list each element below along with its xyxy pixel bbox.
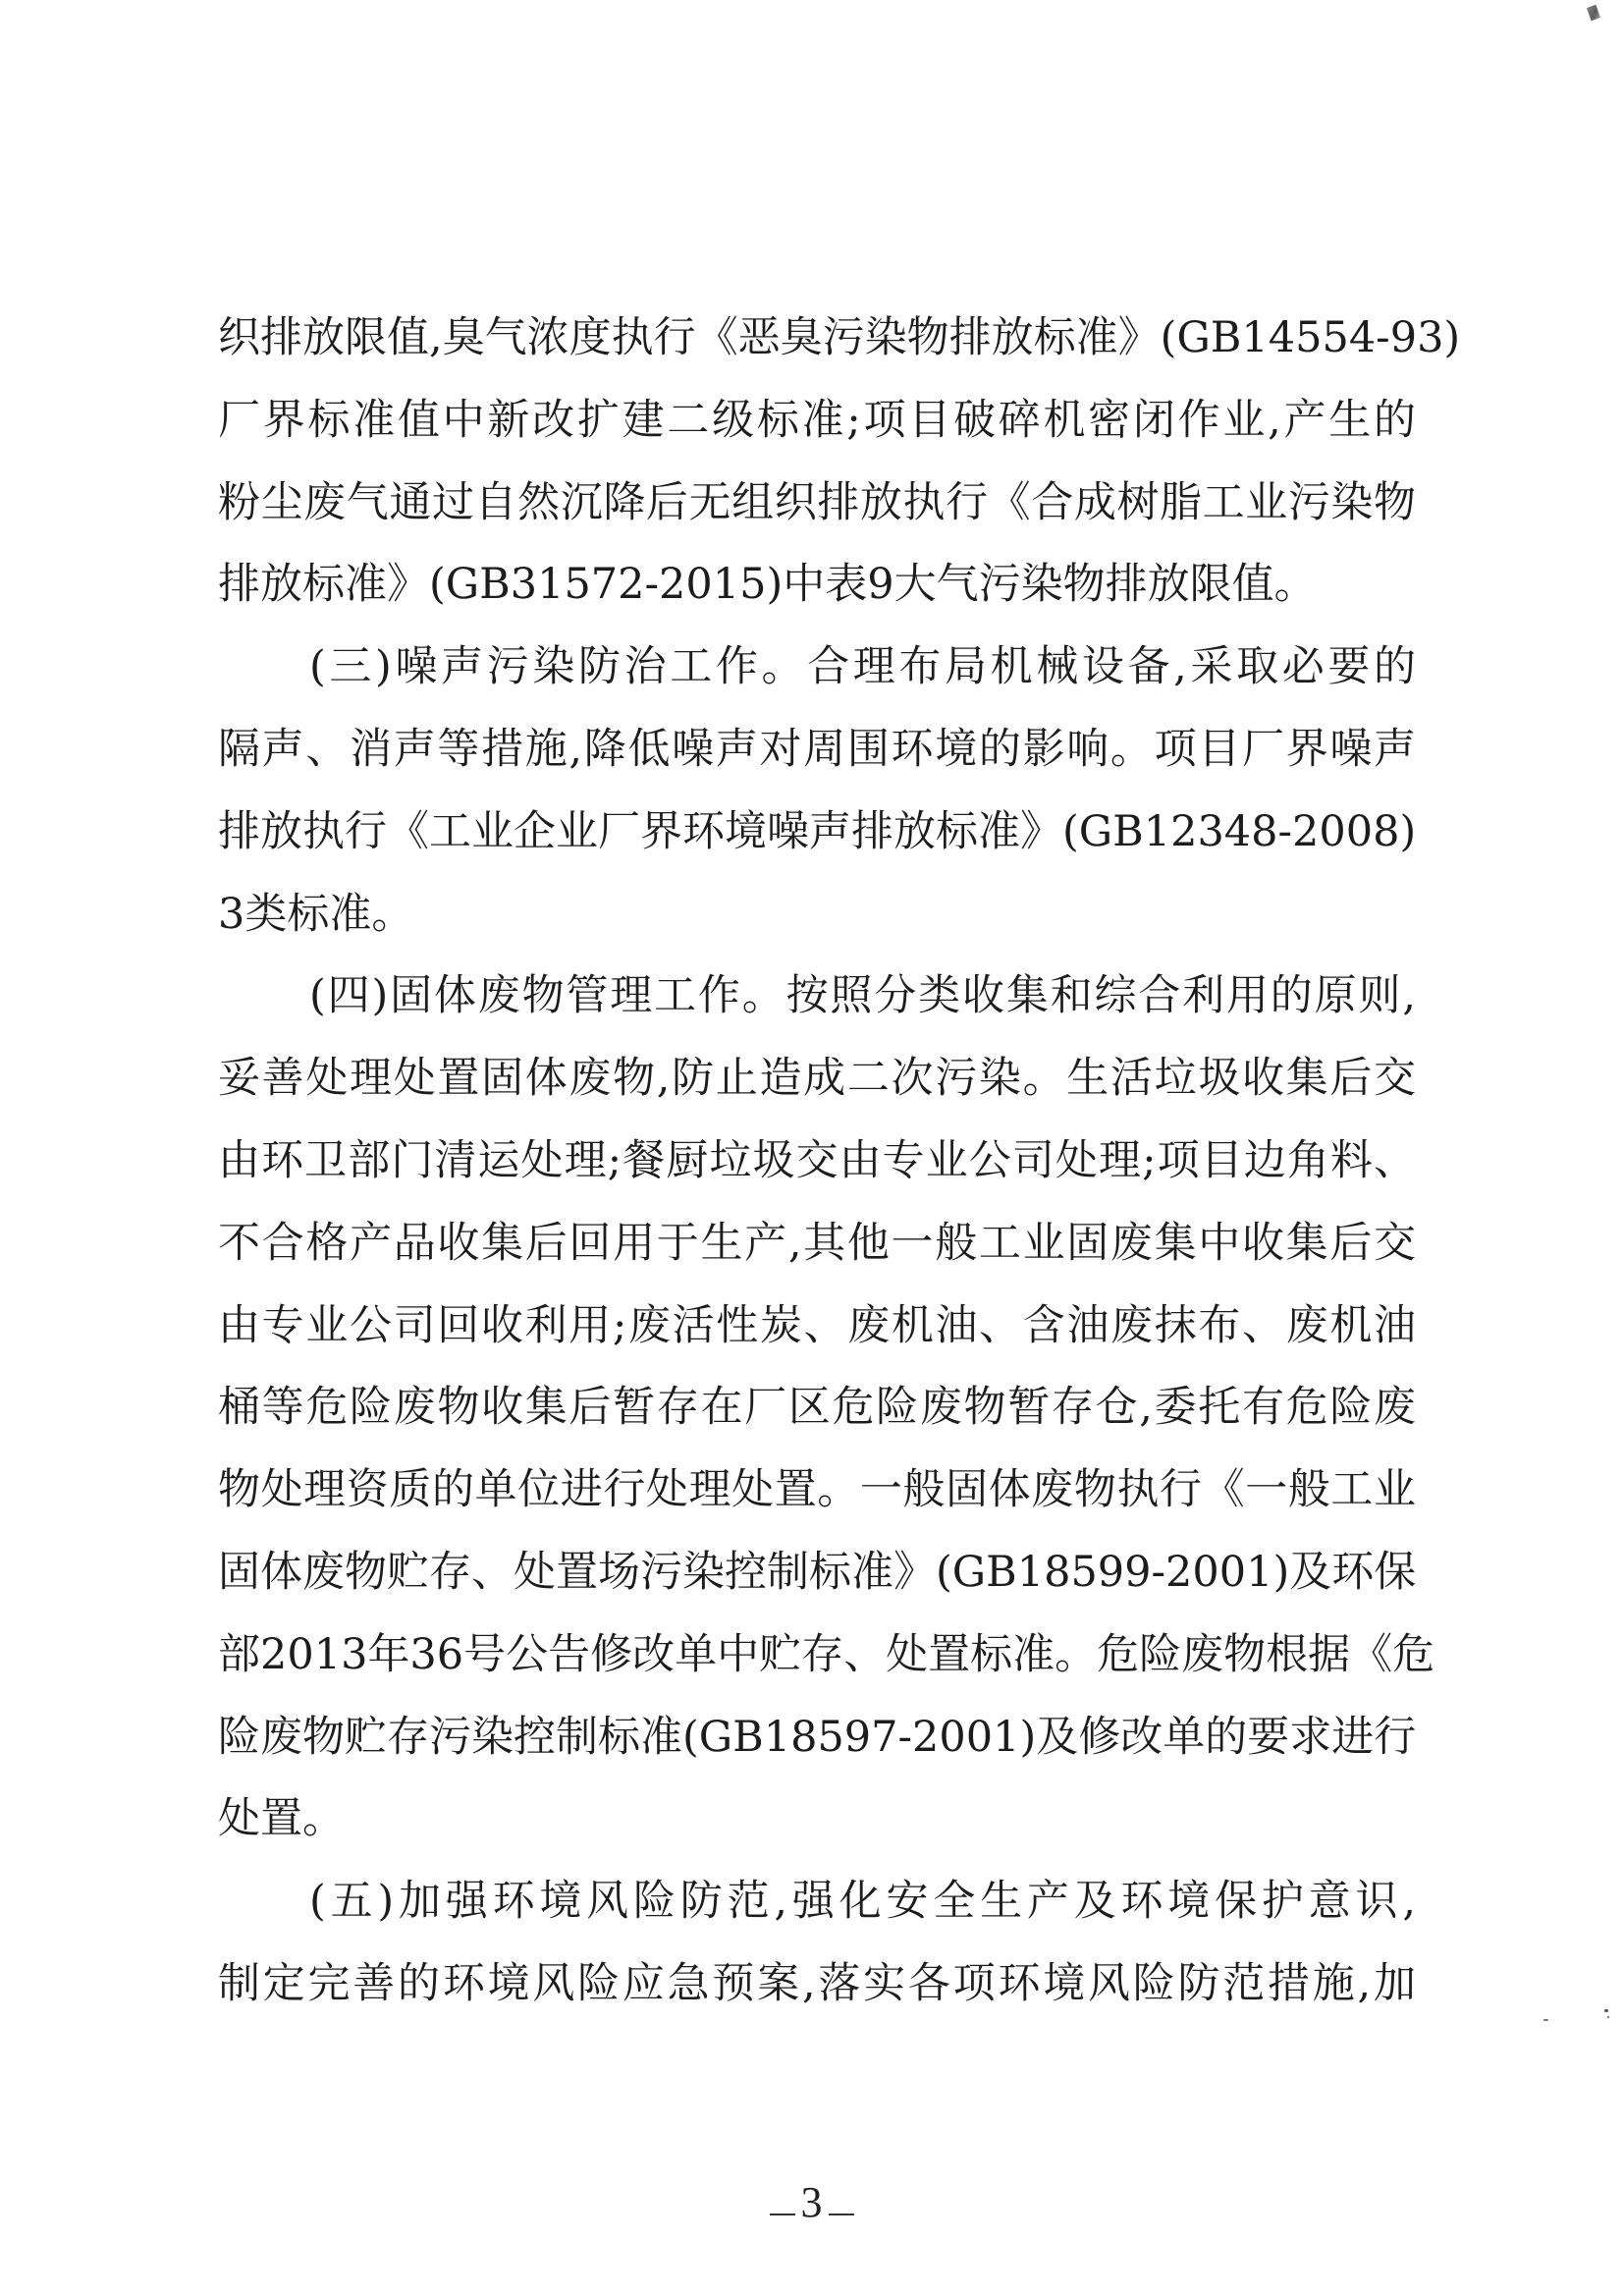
paragraph-heading-line: (三)噪声污染防治工作。合理布局机械设备,采取必要的: [218, 627, 1416, 709]
paragraph-solid-waste: (四)固体废物管理工作。按照分类收集和综合利用的原则, 妥善处理处置固体废物,防…: [218, 956, 1416, 1861]
text-line: 物处理资质的单位进行处理处置。一般固体废物执行《一般工业: [218, 1449, 1416, 1532]
text-line: 粉尘废气通过自然沉降后无组织排放执行《合成树脂工业污染物: [218, 463, 1416, 545]
text-line: 不合格产品收集后回用于生产,其他一般工业固废集中收集后交: [218, 1203, 1416, 1285]
paragraph-heading-line: (五)加强环境风险防范,强化安全生产及环境保护意识,: [218, 1861, 1416, 1943]
page-number-value: 3: [801, 2178, 823, 2226]
body-text: 织排放限值,臭气浓度执行《恶臭污染物排放标准》(GB14554-93) 厂界标准…: [218, 298, 1416, 2026]
document-page: 织排放限值,臭气浓度执行《恶臭污染物排放标准》(GB14554-93) 厂界标准…: [0, 0, 1623, 2296]
text-line: 由环卫部门清运处理;餐厨垃圾交由专业公司处理;项目边角料、: [218, 1121, 1416, 1203]
page-number-dash-left: [770, 2214, 795, 2215]
scan-artifact-mark: [1587, 5, 1600, 22]
text-line: 织排放限值,臭气浓度执行《恶臭污染物排放标准》(GB14554-93): [218, 298, 1416, 380]
page-number-dash-right: [829, 2214, 854, 2215]
text-line: 部2013年36号公告修改单中贮存、处置标准。危险废物根据《危: [218, 1614, 1416, 1697]
text-line: 厂界标准值中新改扩建二级标准;项目破碎机密闭作业,产生的: [218, 380, 1416, 463]
paragraph-noise-control: (三)噪声污染防治工作。合理布局机械设备,采取必要的 隔声、消声等措施,降低噪声…: [218, 627, 1416, 956]
paragraph-air-emissions: 织排放限值,臭气浓度执行《恶臭污染物排放标准》(GB14554-93) 厂界标准…: [218, 298, 1416, 627]
scan-speck: [1604, 2009, 1608, 2012]
text-line: 隔声、消声等措施,降低噪声对周围环境的影响。项目厂界噪声: [218, 709, 1416, 792]
text-line: 制定完善的环境风险应急预案,落实各项环境风险防范措施,加: [218, 1943, 1416, 2026]
page-number: 3: [0, 2178, 1623, 2227]
text-line: 处置。: [218, 1778, 1416, 1861]
text-line: 排放标准》(GB31572-2015)中表9大气污染物排放限值。: [218, 544, 1416, 627]
text-line: 3类标准。: [218, 874, 1416, 957]
text-line: 排放执行《工业企业厂界环境噪声排放标准》(GB12348-2008): [218, 792, 1416, 874]
text-line: 由专业公司回收利用;废活性炭、废机油、含油废抹布、废机油: [218, 1285, 1416, 1368]
text-line: 险废物贮存污染控制标准(GB18597-2001)及修改单的要求进行: [218, 1697, 1416, 1779]
text-line: 妥善处理处置固体废物,防止造成二次污染。生活垃圾收集后交: [218, 1038, 1416, 1121]
paragraph-heading-line: (四)固体废物管理工作。按照分类收集和综合利用的原则,: [218, 956, 1416, 1038]
scan-speck: [1607, 2016, 1609, 2018]
text-line: 固体废物贮存、处置场污染控制标准》(GB18599-2001)及环保: [218, 1532, 1416, 1614]
paragraph-environmental-risk: (五)加强环境风险防范,强化安全生产及环境保护意识, 制定完善的环境风险应急预案…: [218, 1861, 1416, 2026]
text-line: 桶等危险废物收集后暂存在厂区危险废物暂存仓,委托有危险废: [218, 1367, 1416, 1449]
scan-speck: [1543, 2019, 1548, 2021]
